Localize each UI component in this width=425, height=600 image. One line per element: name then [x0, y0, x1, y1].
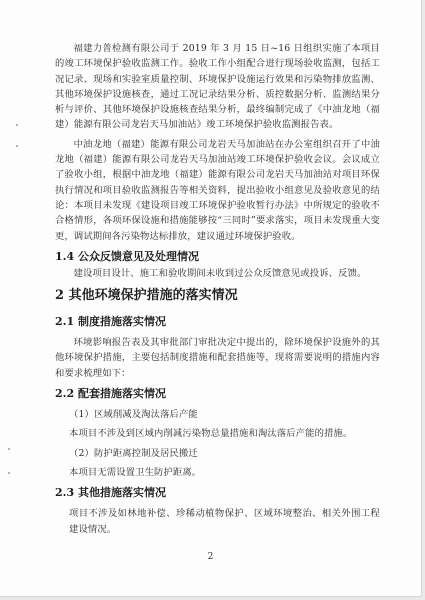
heading-2-other-measures: 2 其他环境保护措施的落实情况 [55, 285, 380, 307]
page-number: 2 [0, 552, 421, 562]
document-page: 福建力普检测有限公司于 2019 年 3 月 15 日~16 日组织实施了本项目… [0, 0, 422, 597]
document-body: 福建力普检测有限公司于 2019 年 3 月 15 日~16 日组织实施了本项目… [55, 41, 380, 537]
item-2-title: （2）防护距离控制及居民搬迁 [55, 446, 380, 461]
scan-margin-dot [16, 145, 18, 147]
item-1-title: （1）区域削减及淘汰落后产能 [55, 407, 380, 422]
paragraph-institutional-measures: 环境影响报告表及其审批部门审批决定中提出的，除环境保护设施外的其他环境保护措施，… [55, 335, 380, 381]
scan-margin-dot [16, 124, 18, 126]
scan-margin-dot [8, 472, 10, 474]
item-2-body: 本项目无需设置卫生防护距离。 [55, 465, 380, 480]
paragraph-public-feedback: 建设项目设计、施工和验收期间未收到过公众反馈意见或投诉、反馈。 [55, 266, 380, 281]
heading-2-1-institutional-measures: 2.1 制度措施落实情况 [55, 313, 380, 331]
item-1-body: 本项目不涉及到区域内削减污染物总量措施和淘汰落后产能的措施。 [55, 426, 380, 441]
heading-2-3-other-measures: 2.3 其他措施落实情况 [55, 484, 380, 502]
paragraph-other-measures: 项目不涉及如林地补偿、珍稀动植物保护、区域环境整治、相关外围工程建设情况。 [55, 506, 380, 537]
paragraph-monitoring-work: 福建力普检测有限公司于 2019 年 3 月 15 日~16 日组织实施了本项目… [55, 41, 380, 133]
heading-1-4-public-feedback: 1.4 公众反馈意见及处理情况 [55, 248, 380, 266]
paragraph-acceptance-meeting: 中油龙地（福建）能源有限公司龙岩天马加油站在办公室组织召开了中油龙地（福建）能源… [55, 137, 380, 244]
heading-2-2-supporting-measures: 2.2 配套措施落实情况 [55, 385, 380, 403]
scan-margin-dot [8, 448, 10, 450]
